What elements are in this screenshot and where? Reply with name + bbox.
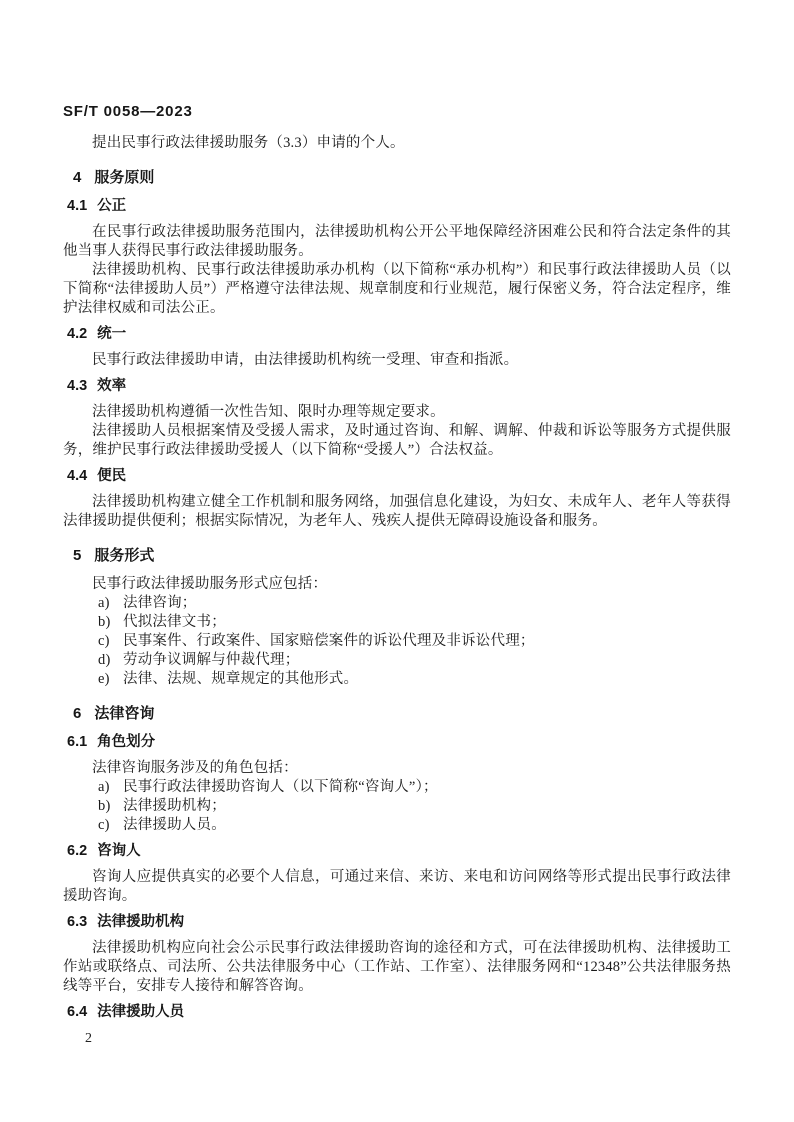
paragraph: 法律援助机构应向社会公示民事行政法律援助咨询的途径和方式，可在法律援助机构、法律… (63, 939, 731, 996)
list-item-label: c) (98, 816, 123, 835)
subclause-heading: 6.4法律援助人员 (63, 1003, 731, 1022)
list-item: e)法律、法规、规章规定的其他形式。 (63, 670, 731, 689)
subclause-heading: 4.3效率 (63, 377, 731, 396)
subclause-heading: 6.2咨询人 (63, 842, 731, 861)
list-item-label: a) (98, 778, 123, 797)
clause-number: 5 (73, 546, 81, 565)
clause-heading: 5服务形式 (63, 546, 731, 565)
paragraph: 法律援助机构、民事行政法律援助承办机构（以下简称“承办机构”）和民事行政法律援助… (63, 261, 731, 318)
subclause-heading: 4.2统一 (63, 325, 731, 344)
paragraph: 民事行政法律援助服务形式应包括： (63, 575, 731, 594)
paragraph: 民事行政法律援助申请，由法律援助机构统一受理、审查和指派。 (63, 351, 731, 370)
clause-title: 服务形式 (94, 547, 154, 564)
paragraph: 咨询人应提供真实的必要个人信息，可通过来信、来访、来电和访问网络等形式提出民事行… (63, 868, 731, 906)
list-item-label: e) (98, 670, 123, 689)
paragraph: 法律咨询服务涉及的角色包括： (63, 759, 731, 778)
paragraph: 法律援助人员根据案情及受援人需求，及时通过咨询、和解、调解、仲裁和诉讼等服务方式… (63, 422, 731, 460)
clause-number: 6.1 (67, 733, 87, 752)
list-item-text: 法律咨询； (123, 595, 197, 611)
clause-number: 4.3 (67, 377, 87, 396)
list-item-text: 民事行政法律援助咨询人（以下简称“咨询人”）； (123, 779, 438, 795)
clause-title: 便民 (97, 468, 126, 484)
subclause-heading: 6.3法律援助机构 (63, 913, 731, 932)
clause-number: 4.1 (67, 197, 87, 216)
clause-number: 4.4 (67, 467, 87, 486)
paragraph: 法律援助机构建立健全工作机制和服务网络，加强信息化建设，为妇女、未成年人、老年人… (63, 493, 731, 531)
document-body: 提出民事行政法律援助服务（3.3）申请的个人。4服务原则4.1公正在民事行政法律… (63, 134, 731, 1022)
list-item: a)民事行政法律援助咨询人（以下简称“咨询人”）； (63, 778, 731, 797)
list-item-label: a) (98, 594, 123, 613)
clause-number: 6.2 (67, 842, 87, 861)
subclause-heading: 6.1角色划分 (63, 733, 731, 752)
list-item: a)法律咨询； (63, 594, 731, 613)
clause-title: 法律援助机构 (97, 914, 184, 930)
clause-number: 6 (73, 704, 81, 723)
list-item-label: d) (98, 651, 123, 670)
clause-title: 效率 (97, 378, 126, 394)
subclause-heading: 4.4便民 (63, 467, 731, 486)
list-item-text: 代拟法律文书； (123, 614, 226, 630)
item-list: a)法律咨询；b)代拟法律文书；c)民事案件、行政案件、国家赔偿案件的诉讼代理及… (63, 594, 731, 689)
clause-number: 4 (73, 168, 81, 187)
item-list: a)民事行政法律援助咨询人（以下简称“咨询人”）；b)法律援助机构；c)法律援助… (63, 778, 731, 835)
list-item-text: 劳动争议调解与仲裁代理； (123, 652, 299, 668)
list-item-label: b) (98, 797, 123, 816)
list-item-text: 法律援助人员。 (123, 817, 226, 833)
list-item-text: 法律、法规、规章规定的其他形式。 (123, 671, 358, 687)
paragraph: 提出民事行政法律援助服务（3.3）申请的个人。 (63, 134, 731, 153)
list-item-text: 法律援助机构； (123, 798, 226, 814)
clause-title: 统一 (97, 326, 126, 342)
clause-title: 法律援助人员 (97, 1004, 184, 1020)
list-item-label: c) (98, 632, 123, 651)
clause-title: 法律咨询 (94, 705, 154, 722)
list-item: d)劳动争议调解与仲裁代理； (63, 651, 731, 670)
list-item: c)法律援助人员。 (63, 816, 731, 835)
document-content: SF/T 0058—2023 提出民事行政法律援助服务（3.3）申请的个人。4服… (63, 102, 731, 1029)
list-item: b)法律援助机构； (63, 797, 731, 816)
clause-number: 4.2 (67, 325, 87, 344)
subclause-heading: 4.1公正 (63, 197, 731, 216)
clause-title: 服务原则 (94, 169, 154, 186)
paragraph: 法律援助机构遵循一次性告知、限时办理等规定要求。 (63, 403, 731, 422)
list-item: c)民事案件、行政案件、国家赔偿案件的诉讼代理及非诉讼代理； (63, 632, 731, 651)
page-number: 2 (85, 1030, 92, 1047)
clause-number: 6.4 (67, 1003, 87, 1022)
document-page: SF/T 0058—2023 提出民事行政法律援助服务（3.3）申请的个人。4服… (0, 0, 794, 1122)
paragraph: 在民事行政法律援助服务范围内，法律援助机构公开公平地保障经济困难公民和符合法定条… (63, 223, 731, 261)
clause-heading: 6法律咨询 (63, 704, 731, 723)
clause-title: 公正 (97, 198, 126, 214)
list-item: b)代拟法律文书； (63, 613, 731, 632)
document-code-header: SF/T 0058—2023 (63, 102, 731, 121)
list-item-text: 民事案件、行政案件、国家赔偿案件的诉讼代理及非诉讼代理； (123, 633, 535, 649)
clause-title: 角色划分 (97, 734, 155, 750)
list-item-label: b) (98, 613, 123, 632)
clause-number: 6.3 (67, 913, 87, 932)
clause-heading: 4服务原则 (63, 168, 731, 187)
clause-title: 咨询人 (97, 843, 141, 859)
